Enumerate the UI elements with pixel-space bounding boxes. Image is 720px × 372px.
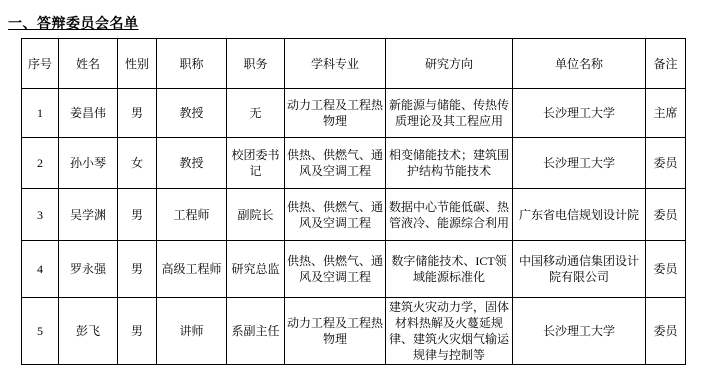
table-cell: 高级工程师 bbox=[157, 241, 227, 298]
table-cell: 委员 bbox=[646, 241, 686, 298]
header-cell-remark: 备注 bbox=[646, 39, 686, 89]
table-cell: 4 bbox=[22, 241, 59, 298]
table-cell: 供热、供燃气、通风及空调工程 bbox=[285, 138, 386, 189]
table-cell: 相变储能技术；建筑围护结构节能技术 bbox=[386, 138, 513, 189]
table-cell: 3 bbox=[22, 189, 59, 241]
table-cell: 数据中心节能低碳、热管液冷、能源综合利用 bbox=[386, 189, 513, 241]
table-row: 5 彭飞 男 讲师 系副主任 动力工程及工程热物理 建筑火灾动力学，固体材料热解… bbox=[22, 298, 686, 365]
table-cell: 委员 bbox=[646, 189, 686, 241]
table-cell: 姜昌伟 bbox=[59, 89, 118, 138]
table-cell: 主席 bbox=[646, 89, 686, 138]
table-header-row: 序号 姓名 性别 职称 职务 学科专业 研究方向 单位名称 备注 bbox=[22, 39, 686, 89]
table-cell: 委员 bbox=[646, 298, 686, 365]
header-cell-discipline: 学科专业 bbox=[285, 39, 386, 89]
table-cell: 5 bbox=[22, 298, 59, 365]
table-cell: 无 bbox=[227, 89, 285, 138]
table-cell: 供热、供燃气、通风及空调工程 bbox=[285, 189, 386, 241]
header-cell-research: 研究方向 bbox=[386, 39, 513, 89]
table-cell: 彭飞 bbox=[59, 298, 118, 365]
committee-table: 序号 姓名 性别 职称 职务 学科专业 研究方向 单位名称 备注 1 姜昌伟 男… bbox=[21, 38, 686, 365]
table-cell: 委员 bbox=[646, 138, 686, 189]
header-cell-organization: 单位名称 bbox=[513, 39, 646, 89]
section-title: 一、答辩委员会名单 bbox=[8, 13, 139, 33]
table-cell: 系副主任 bbox=[227, 298, 285, 365]
table-row: 3 吴学渊 男 工程师 副院长 供热、供燃气、通风及空调工程 数据中心节能低碳、… bbox=[22, 189, 686, 241]
table-cell: 长沙理工大学 bbox=[513, 138, 646, 189]
table-cell: 女 bbox=[118, 138, 157, 189]
table-cell: 长沙理工大学 bbox=[513, 89, 646, 138]
table-cell: 讲师 bbox=[157, 298, 227, 365]
table-row: 1 姜昌伟 男 教授 无 动力工程及工程热物理 新能源与储能、传热传质理论及其工… bbox=[22, 89, 686, 138]
table-cell: 动力工程及工程热物理 bbox=[285, 298, 386, 365]
table-cell: 新能源与储能、传热传质理论及其工程应用 bbox=[386, 89, 513, 138]
table-cell: 广东省电信规划设计院 bbox=[513, 189, 646, 241]
table-cell: 罗永强 bbox=[59, 241, 118, 298]
table-cell: 中国移动通信集团设计院有限公司 bbox=[513, 241, 646, 298]
table-cell: 男 bbox=[118, 89, 157, 138]
header-cell-title: 职称 bbox=[157, 39, 227, 89]
table-cell: 数字储能技术、ICT领域能源标准化 bbox=[386, 241, 513, 298]
table-cell: 长沙理工大学 bbox=[513, 298, 646, 365]
table-cell: 供热、供燃气、通风及空调工程 bbox=[285, 241, 386, 298]
table-cell: 校团委书记 bbox=[227, 138, 285, 189]
table-cell: 男 bbox=[118, 298, 157, 365]
table-cell: 副院长 bbox=[227, 189, 285, 241]
table-cell: 教授 bbox=[157, 89, 227, 138]
table-cell: 1 bbox=[22, 89, 59, 138]
table-row: 4 罗永强 男 高级工程师 研究总监 供热、供燃气、通风及空调工程 数字储能技术… bbox=[22, 241, 686, 298]
table-cell: 2 bbox=[22, 138, 59, 189]
table-cell: 吴学渊 bbox=[59, 189, 118, 241]
header-cell-name: 姓名 bbox=[59, 39, 118, 89]
header-cell-position: 职务 bbox=[227, 39, 285, 89]
document-page: 一、答辩委员会名单 序号 姓名 性别 职称 职务 学科专业 研究方向 单位名称 bbox=[0, 0, 720, 372]
table-cell: 男 bbox=[118, 241, 157, 298]
table-cell: 孙小琴 bbox=[59, 138, 118, 189]
table-cell: 研究总监 bbox=[227, 241, 285, 298]
table-cell: 动力工程及工程热物理 bbox=[285, 89, 386, 138]
table-cell: 男 bbox=[118, 189, 157, 241]
header-cell-gender: 性别 bbox=[118, 39, 157, 89]
table-cell: 建筑火灾动力学，固体材料热解及火蔓延规律、建筑火灾烟气输运规律与控制等 bbox=[386, 298, 513, 365]
header-cell-seq: 序号 bbox=[22, 39, 59, 89]
table-cell: 工程师 bbox=[157, 189, 227, 241]
table-cell: 教授 bbox=[157, 138, 227, 189]
table-row: 2 孙小琴 女 教授 校团委书记 供热、供燃气、通风及空调工程 相变储能技术；建… bbox=[22, 138, 686, 189]
